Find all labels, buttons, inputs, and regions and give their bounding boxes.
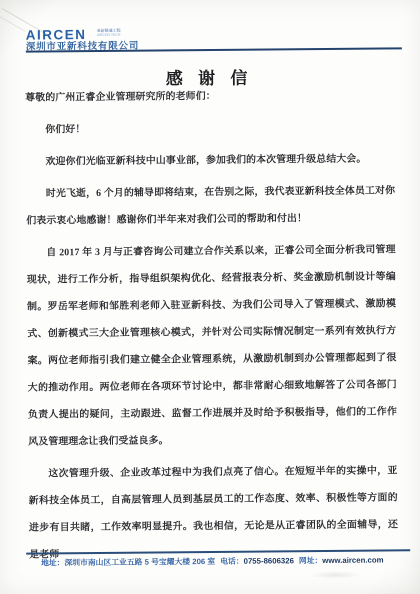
scan-artifact (308, 571, 362, 579)
address-label: 地址： (41, 558, 64, 567)
salutation: 尊敬的广州正睿企业管理研究所的老师们： (25, 81, 394, 111)
website-url: www.aircen.com (322, 555, 383, 565)
address-text: 深圳市南山区工业五路 5 号宝耀大楼 206 室 (64, 557, 215, 567)
letter-paragraph: 欢迎你们光临亚新科技中山事业部，参加我们的本次管理升级总结大会。 (26, 145, 395, 175)
letter-body: 尊敬的广州正睿企业管理研究所的老师们： 你们好！ 欢迎你们光临亚新科技中山事业部… (25, 81, 398, 573)
letter-footer: 地址：深圳市南山区工业五路 5 号宝耀大楼 206 室电话：0755-86063… (0, 0, 417, 2)
letter-paragraph: 时光飞逝，6 个月的辅导即将结束，在告别之际，我代表亚新科技全体员工对你们表示衷… (26, 177, 395, 234)
letter-paragraph: 自 2017 年 3 月与正睿咨询公司建立合作关系以来，正睿公司全面分析我司管理… (26, 236, 397, 455)
scanned-letter-page: AIRCEN 亚新暖通工程AIRCEN TECH 深圳市亚新科技有限公司 感 谢… (0, 0, 420, 594)
letter-paragraph: 你们好！ (25, 113, 394, 143)
phone-number: 0755-8606326 (244, 556, 294, 565)
logo-tagline: 亚新暖通工程AIRCEN TECH (97, 28, 137, 38)
letterhead: AIRCEN 亚新暖通工程AIRCEN TECH 深圳市亚新科技有限公司 (0, 0, 417, 2)
phone-label: 电话： (220, 557, 243, 566)
website-label: 网址： (299, 556, 322, 565)
